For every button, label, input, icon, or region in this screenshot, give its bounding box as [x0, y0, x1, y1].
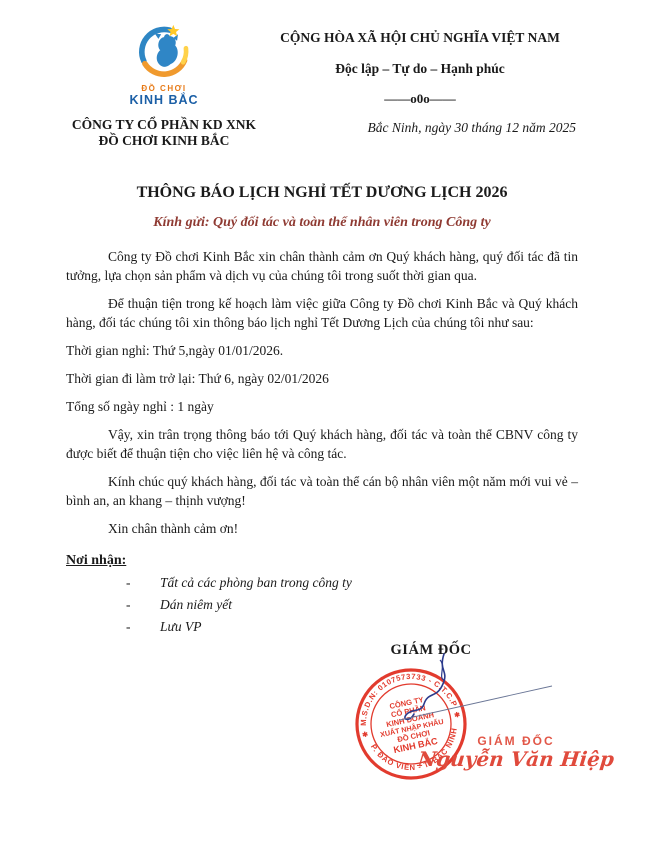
- signature-scribble: [374, 644, 564, 744]
- schedule-line-return: Thời gian đi làm trở lại: Thứ 6, ngày 02…: [66, 370, 578, 389]
- signer-title: GIÁM ĐỐC: [441, 734, 591, 748]
- national-motto: Độc lập – Tự do – Hạnh phúc: [262, 61, 578, 77]
- dash-marker: [126, 594, 160, 616]
- paragraph-thankyou: Xin chân thành cảm ơn!: [66, 520, 578, 539]
- toy-company-logo-icon: [136, 24, 192, 80]
- logo-text-line2: KINH BẮC: [129, 94, 198, 107]
- stamp-star-left: ✱: [362, 730, 370, 739]
- company-block: ĐỒ CHƠI KINH BẮC CÔNG TY CỔ PHẦN KD XNK …: [66, 24, 262, 148]
- document-title: THÔNG BÁO LỊCH NGHỈ TẾT DƯƠNG LỊCH 2026: [66, 184, 578, 202]
- signer-name: Nguyễn Văn Hiệp: [395, 747, 638, 771]
- header: ĐỒ CHƠI KINH BẮC CÔNG TY CỔ PHẦN KD XNK …: [66, 24, 578, 148]
- company-logo: ĐỒ CHƠI KINH BẮC: [129, 24, 198, 107]
- logo-text-line1: ĐỒ CHƠI: [129, 85, 198, 93]
- puppy-icon: [157, 34, 178, 67]
- dash-marker: [126, 572, 160, 594]
- list-item: Dán niêm yết: [66, 594, 578, 616]
- company-name: CÔNG TY CỔ PHẦN KD XNK ĐỒ CHƠI KINH BẮC: [66, 117, 262, 148]
- signature-block: GIÁM ĐỐC M.S.D.N: 0107573733 - C.T.C.P P…: [66, 642, 578, 802]
- recipients-list: Tất cả các phòng ban trong công ty Dán n…: [66, 572, 578, 638]
- paragraph-wishes: Kính chúc quý khách hàng, đối tác và toà…: [66, 473, 578, 510]
- company-name-line1: CÔNG TY CỔ PHẦN KD XNK: [66, 117, 262, 133]
- salutation-line: Kính gửi: Quý đối tác và toàn thể nhân v…: [66, 215, 578, 231]
- national-header: CỘNG HÒA XÃ HỘI CHỦ NGHĨA VIỆT NAM Độc l…: [262, 24, 578, 136]
- separator-o0o: ——o0o——: [262, 91, 578, 107]
- pen-scribble: [405, 654, 445, 719]
- pen-tail-line: [400, 686, 552, 720]
- list-item: Lưu VP: [66, 616, 578, 638]
- document-page: ĐỒ CHƠI KINH BẮC CÔNG TY CỔ PHẦN KD XNK …: [0, 0, 648, 842]
- recipient-item-text: Tất cả các phòng ban trong công ty: [160, 572, 352, 594]
- recipients-label: Nơi nhận:: [66, 553, 126, 569]
- paragraph-thanks: Công ty Đồ chơi Kinh Bắc xin chân thành …: [66, 248, 578, 285]
- recipient-item-text: Lưu VP: [160, 616, 202, 638]
- paragraph-purpose: Để thuận tiện trong kế hoạch làm việc gi…: [66, 295, 578, 332]
- schedule-line-off: Thời gian nghỉ: Thứ 5,ngày 01/01/2026.: [66, 342, 578, 361]
- dash-marker: [126, 616, 160, 638]
- company-name-line2: ĐỒ CHƠI KINH BẮC: [66, 133, 262, 149]
- date-place-line: Bắc Ninh, ngày 30 tháng 12 năm 2025: [262, 120, 578, 136]
- paragraph-notice: Vậy, xin trân trọng thông báo tới Quý kh…: [66, 426, 578, 463]
- list-item: Tất cả các phòng ban trong công ty: [66, 572, 578, 594]
- schedule-line-total: Tổng số ngày nghỉ : 1 ngày: [66, 398, 578, 417]
- recipient-item-text: Dán niêm yết: [160, 594, 232, 616]
- national-title: CỘNG HÒA XÃ HỘI CHỦ NGHĨA VIỆT NAM: [262, 30, 578, 46]
